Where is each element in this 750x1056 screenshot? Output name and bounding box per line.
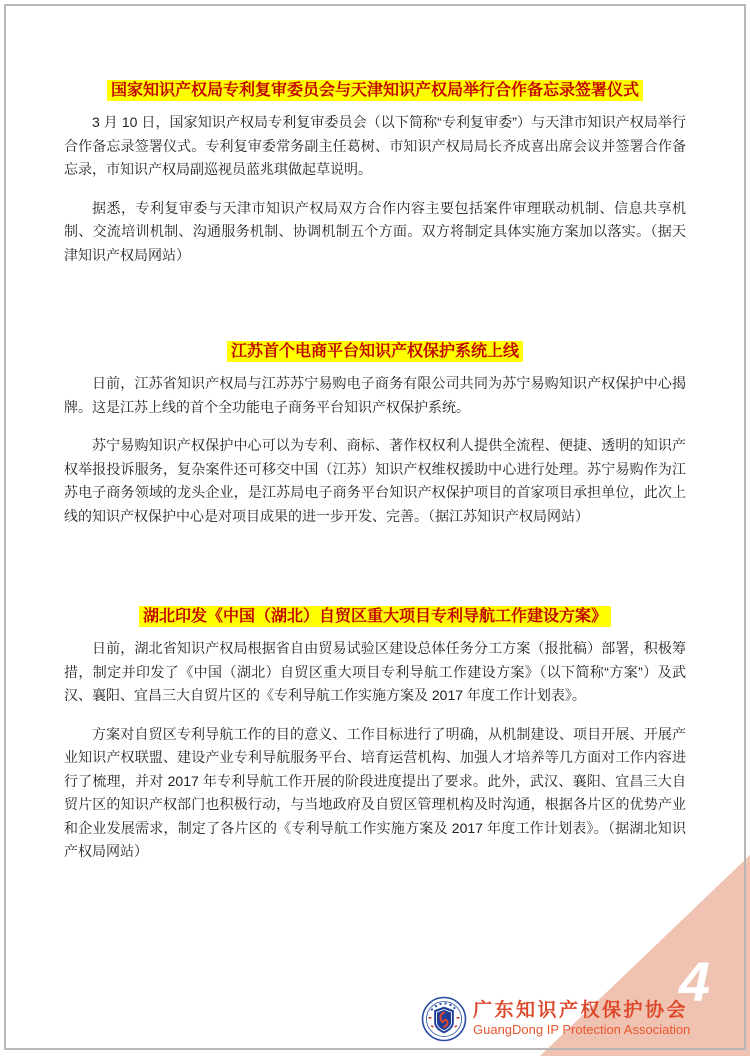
article-3-paragraph-1: 日前，湖北省知识产权局根据省自由贸易试验区建设总体任务分工方案（报批稿）部署，积… <box>64 637 686 708</box>
gdipa-emblem-icon <box>421 996 467 1042</box>
article-title-3: 湖北印发《中国（湖北）自贸区重大项目专利导航工作建设方案》 <box>64 606 686 628</box>
article-title-1: 国家知识产权局专利复审委员会与天津知识产权局举行合作备忘录签署仪式 <box>64 80 686 102</box>
footer-org-name-cn: 广东知识产权保护协会 <box>473 1000 690 1022</box>
article-1-paragraph-2: 据悉，专利复审委与天津市知识产权局双方合作内容主要包括案件审理联动机制、信息共享… <box>64 197 686 268</box>
document-body: 国家知识产权局专利复审委员会与天津知识产权局举行合作备忘录签署仪式 3 月 10… <box>64 0 686 864</box>
article-1-paragraph-1: 3 月 10 日，国家知识产权局专利复审委员会（以下简称“专利复审委”）与天津市… <box>64 111 686 182</box>
highlighted-title-text: 江苏首个电商平台知识产权保护系统上线 <box>227 341 523 362</box>
footer-org-names: 广东知识产权保护协会 GuangDong IP Protection Assoc… <box>473 1000 690 1038</box>
footer-org-name-en: GuangDong IP Protection Association <box>473 1022 690 1038</box>
footer-brand: 广东知识产权保护协会 GuangDong IP Protection Assoc… <box>421 996 690 1042</box>
newsletter-page: { "page": { "number": "4" }, "articles":… <box>0 0 750 1056</box>
highlighted-title-text: 国家知识产权局专利复审委员会与天津知识产权局举行合作备忘录签署仪式 <box>107 80 643 101</box>
article-3-paragraph-2: 方案对自贸区专利导航工作的目的意义、工作目标进行了明确，从机制建设、项目开展、开… <box>64 723 686 864</box>
article-2-paragraph-1: 日前，江苏省知识产权局与江苏苏宁易购电子商务有限公司共同为苏宁易购知识产权保护中… <box>64 372 686 419</box>
article-2-paragraph-2: 苏宁易购知识产权保护中心可以为专利、商标、著作权权利人提供全流程、便捷、透明的知… <box>64 434 686 528</box>
highlighted-title-text: 湖北印发《中国（湖北）自贸区重大项目专利导航工作建设方案》 <box>139 606 611 627</box>
article-title-2: 江苏首个电商平台知识产权保护系统上线 <box>64 341 686 363</box>
